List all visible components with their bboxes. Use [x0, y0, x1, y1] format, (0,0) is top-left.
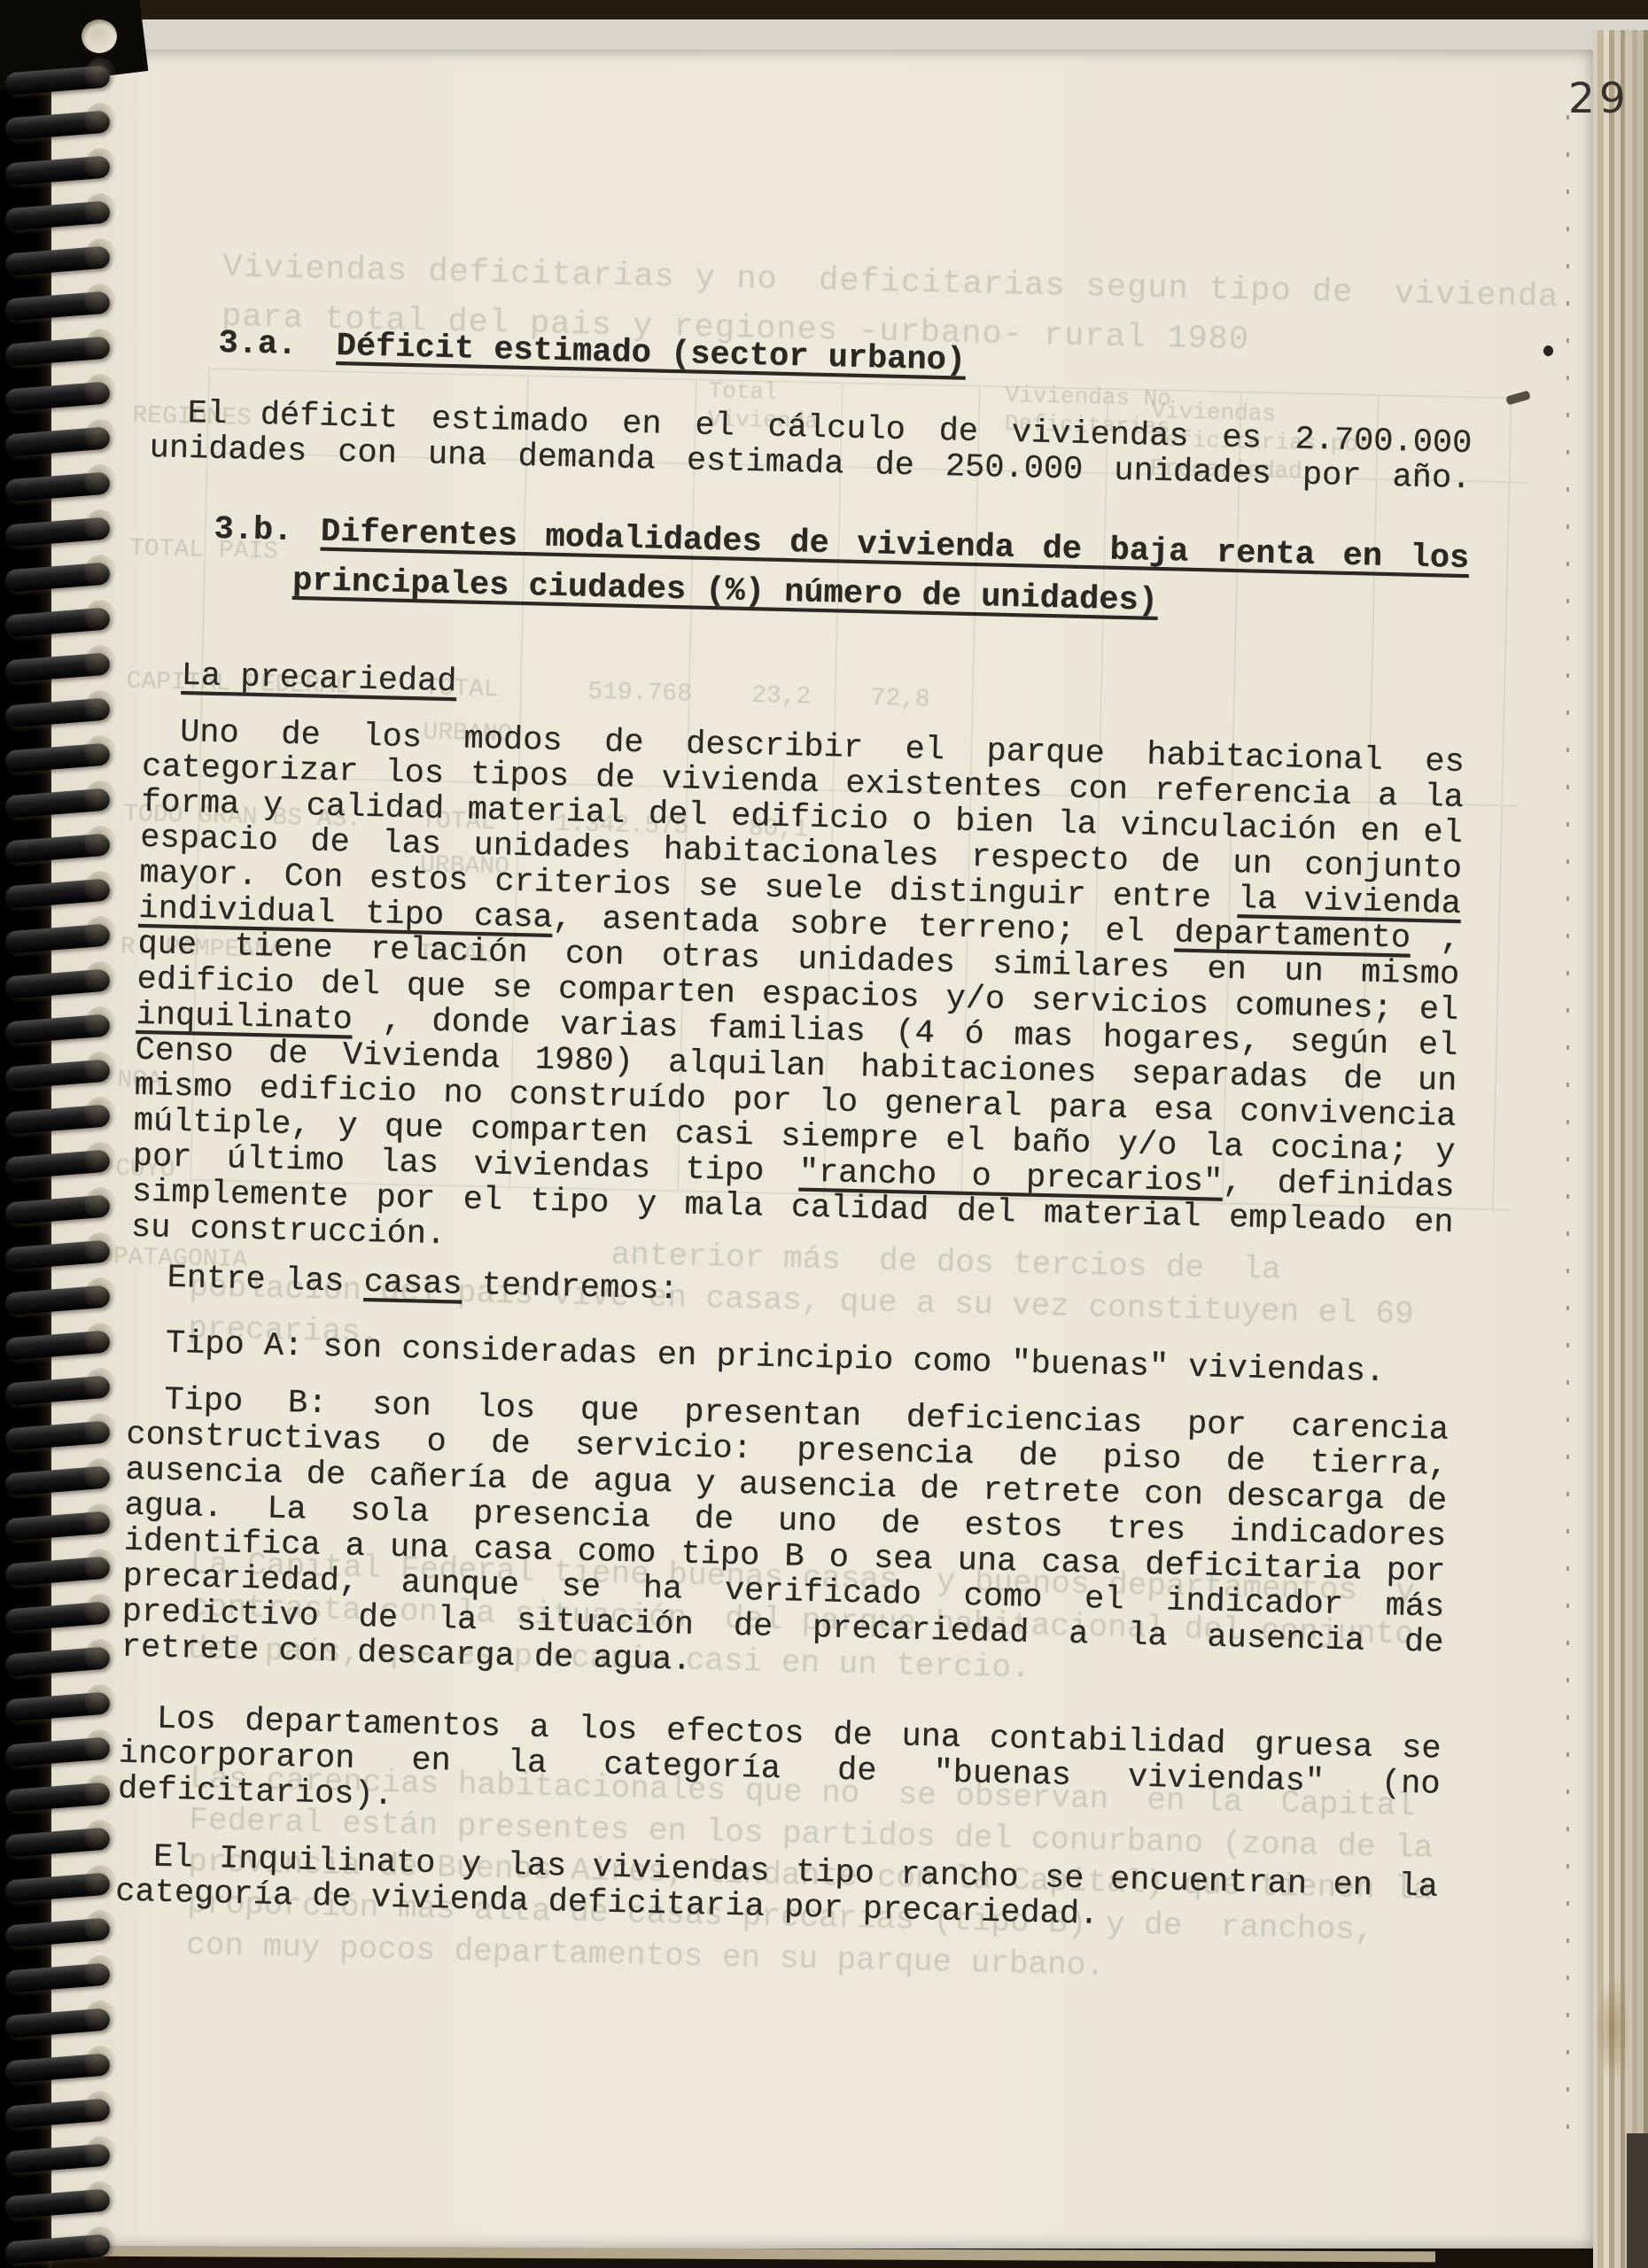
- paragraph-modos-vivienda: Uno de los modos de describir el parque …: [130, 714, 1465, 1277]
- perforation-dots: [1566, 115, 1569, 2153]
- edge-shadow: [1627, 2133, 1648, 2268]
- paragraph-tipo-a: Tipo A: son consideradas en principio co…: [128, 1325, 1450, 1392]
- scanned-document: { "page_number": "29", "colors": { "pape…: [0, 0, 1648, 2268]
- edge-stain: [1595, 1976, 1630, 2082]
- heading-precariedad: La precariedad: [144, 657, 1466, 724]
- book-page-edges: [1593, 30, 1648, 2268]
- ink-dot-mark: [1543, 346, 1553, 356]
- paragraph-deficit: El déficit estimado en el cálculo de viv…: [149, 395, 1472, 497]
- paragraph-departamentos: Los departamentos a los efectos de una c…: [117, 1701, 1441, 1838]
- binding: [0, 0, 133, 2268]
- text-line: Tipo A: son consideradas en principio co…: [165, 1326, 1450, 1392]
- heading-3b: 3.b. Diferentes modalidades de vivienda …: [146, 503, 1470, 633]
- punch-hole: [82, 19, 117, 53]
- text-line: La precariedad: [181, 658, 1466, 724]
- typewritten-content: 3.a. Déficit estimado (sector urbano) El…: [115, 321, 1474, 1941]
- page-number: 29: [1568, 74, 1630, 123]
- scan-gray-band: [0, 19, 1648, 53]
- paragraph-tipo-b: Tipo B: son los que presentan deficienci…: [120, 1382, 1449, 1697]
- scan-top-edge: [0, 0, 1648, 19]
